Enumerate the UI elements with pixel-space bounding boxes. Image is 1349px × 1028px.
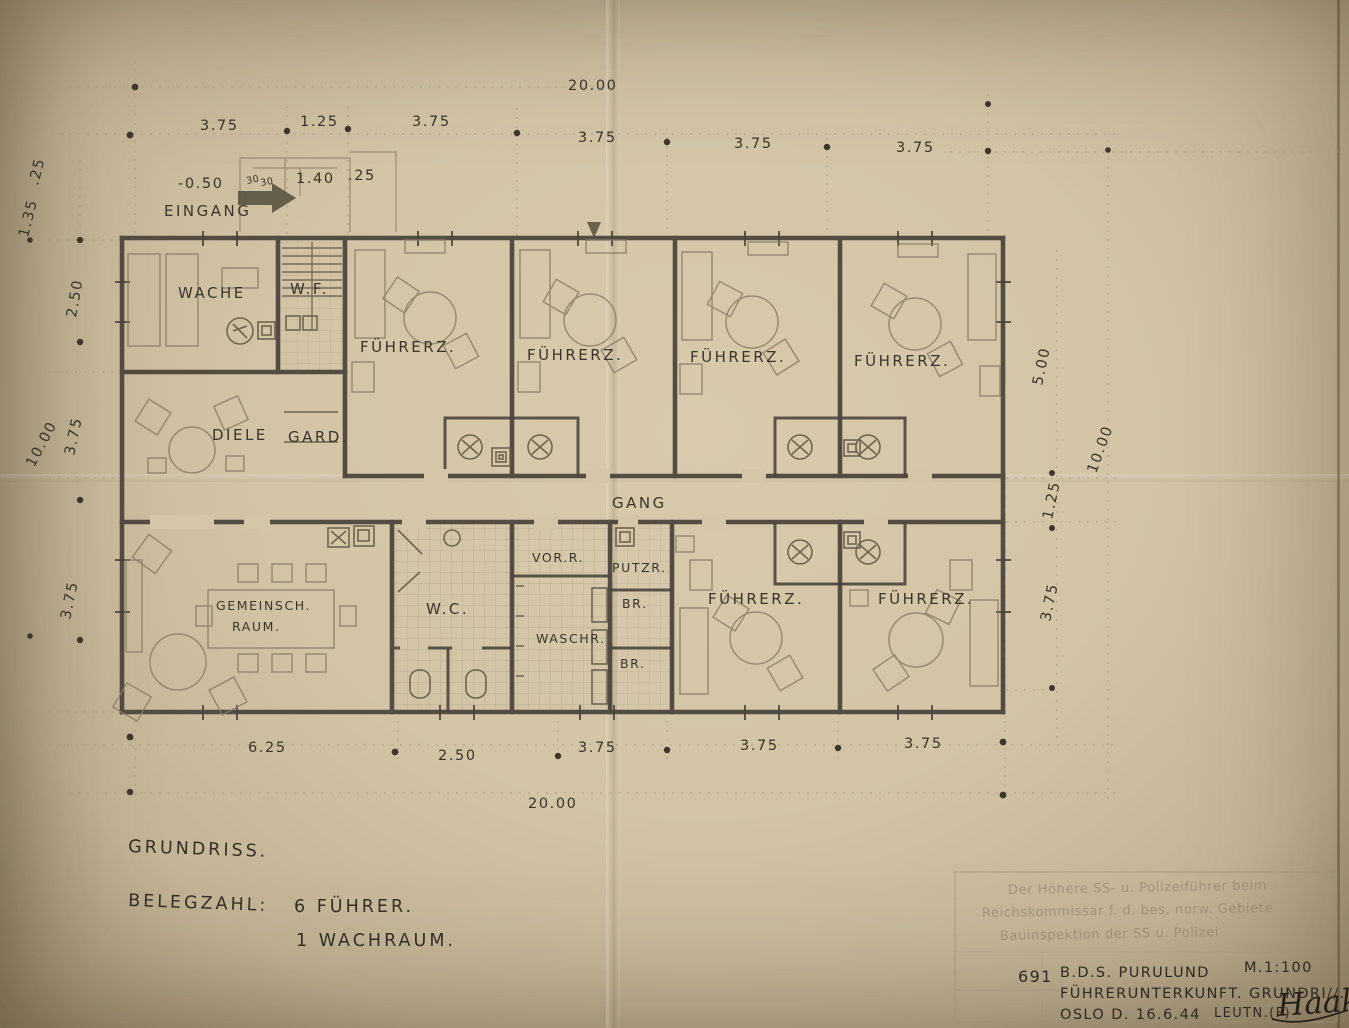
entrance-label: EINGANG [164, 202, 251, 220]
room-label-gemeinsch-1: GEMEINSCH. [216, 598, 311, 613]
dim-entrance-level: -0.50 [178, 176, 224, 192]
dim-top-5: 3.75 [896, 140, 935, 156]
dim-top-0: 3.75 [200, 118, 239, 134]
dim-bottom-2: 3.75 [578, 740, 617, 756]
dim-bottom-3: 3.75 [740, 738, 779, 754]
dim-bottom-4: 3.75 [904, 736, 943, 752]
dim-left-1: 1.35 [16, 198, 41, 239]
dim-top-1: 1.25 [300, 114, 339, 130]
dim-top-4: 3.75 [734, 136, 773, 152]
room-label-fuehrerz-6: FÜHRERZ. [878, 589, 974, 608]
dim-top-2: 3.75 [412, 114, 451, 130]
room-label-gard: GARD. [288, 428, 349, 446]
note-title: GRUNDRISS. [128, 837, 269, 862]
notes-block: GRUNDRISS. BELEGZAHL: 6 FÜHRER. 1 WACHRA… [128, 837, 456, 951]
stamp-line-1: Der Höhere SS- u. Polizeiführer beim [1008, 878, 1267, 898]
dim-left-total: 10.00 [23, 419, 60, 470]
dim-offset: .25 [348, 168, 376, 184]
room-label-fuehrerz-1: FÜHRERZ. [360, 337, 456, 356]
note-occupancy-2: 1 WACHRAUM. [296, 931, 456, 951]
note-occupancy-1: 6 FÜHRER. [294, 895, 414, 917]
room-label-fuehrerz-5: FÜHRERZ. [708, 589, 804, 608]
dim-left-4: 3.75 [58, 580, 82, 621]
room-label-brause-1: BR. [622, 596, 648, 611]
room-label-wc: W.C. [426, 600, 469, 618]
dim-top-total: 20.00 [568, 78, 618, 94]
floor-plan-drawing: 20.00 3.75 1.25 3.75 3.75 3.75 3.75 -0.5… [0, 0, 1349, 1028]
room-label-gang: GANG [612, 494, 667, 512]
dim-right-1: 1.25 [1040, 480, 1064, 521]
title-place-date: OSLO D. 16.6.44 [1060, 1007, 1201, 1023]
dim-bottom-total: 20.00 [528, 796, 578, 812]
dim-right-0: 5.00 [1030, 346, 1054, 387]
room-label-vorraum: VOR.R. [532, 550, 584, 565]
note-occupancy-label: BELEGZAHL: [128, 891, 269, 916]
dim-step-2: 30 [260, 176, 275, 189]
dim-left-2: 2.50 [64, 278, 86, 319]
title-block: 691 B.D.S. PURULUND M.1:100 FÜHRERUNTERK… [1018, 960, 1349, 1024]
room-label-putzraum: PUTZR. [612, 560, 667, 575]
dim-right-2: 3.75 [1038, 582, 1062, 623]
washbasin-icons-lower [788, 540, 880, 564]
title-drawing-number: 691 [1018, 967, 1053, 986]
room-label-brause-2: BR. [620, 656, 646, 671]
dim-top-3: 3.75 [578, 130, 617, 146]
title-scale: M.1:100 [1244, 960, 1313, 976]
room-label-wf: W.F. [290, 280, 329, 298]
room-label-diele: DIELE [212, 426, 268, 444]
dim-step-1: 30 [245, 173, 260, 186]
washbasin-icons-upper [458, 435, 880, 459]
dim-door-width: 1.40 [296, 171, 335, 187]
room-label-wache: WACHE [178, 284, 246, 302]
stamp-line-3: Bauinspektion der SS u. Polizei [1000, 925, 1219, 944]
room-label-waschraum: WASCHR. [536, 631, 606, 646]
dim-bottom-0: 6.25 [248, 740, 287, 756]
stamp-line-2: Reichskommissar f. d. bes. norw. Gebiete [982, 901, 1273, 921]
room-label-fuehrerz-2: FÜHRERZ. [527, 345, 623, 364]
room-label-gemeinsch-2: RAUM. [232, 619, 281, 634]
room-label-fuehrerz-3: FÜHRERZ. [690, 347, 786, 366]
room-label-fuehrerz-4: FÜHRERZ. [854, 351, 950, 370]
dim-right-total: 10.00 [1085, 423, 1117, 475]
signature: Haake [1275, 981, 1349, 1024]
dim-left-3: 3.75 [62, 416, 86, 457]
dim-left-0: .25 [26, 156, 48, 187]
title-project: B.D.S. PURULUND [1060, 965, 1210, 981]
gang-entry-arrow-icon [587, 222, 601, 238]
dim-bottom-1: 2.50 [438, 748, 477, 764]
